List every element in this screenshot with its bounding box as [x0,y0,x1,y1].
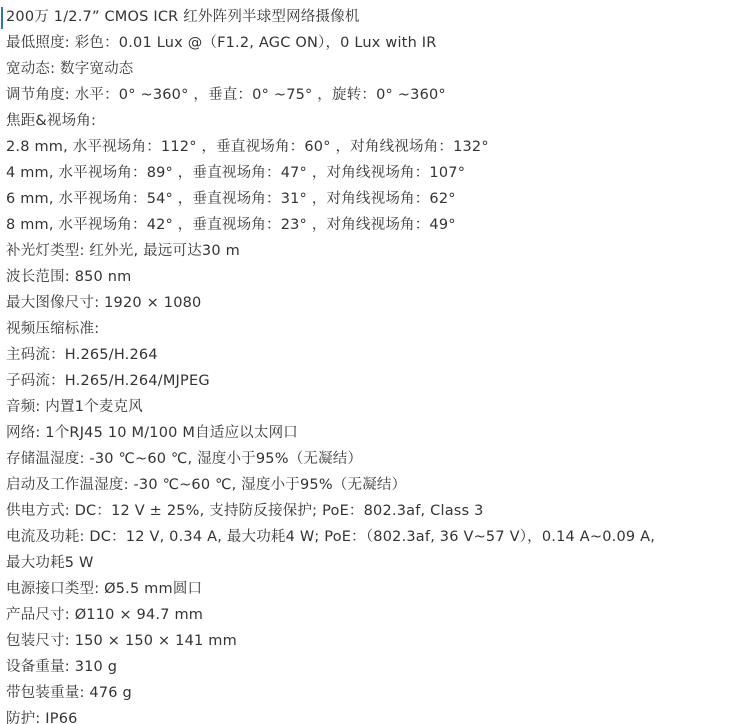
spec-adjust-angle: 调节角度: 水平：0° ~360° ，垂直：0° ~75° ，旋转：0° ~36… [6,82,750,108]
spec-fov-2-8mm: 2.8 mm, 水平视场角：112° ，垂直视场角：60° ，对角线视场角：13… [6,134,750,160]
spec-power-connector: 电源接口类型: Ø5.5 mm圆口 [6,576,750,602]
spec-package-size: 包装尺寸: 150 × 150 × 141 mm [6,628,750,654]
spec-power-consumption-cont: 最大功耗5 W [6,550,750,576]
spec-sub-stream: 子码流：H.265/H.264/MJPEG [6,368,750,394]
spec-min-illumination: 最低照度: 彩色：0.01 Lux @（F1.2, AGC ON），0 Lux … [6,30,750,56]
spec-fov-6mm: 6 mm, 水平视场角：54° ，垂直视场角：31° ，对角线视场角：62° [6,186,750,212]
spec-device-weight: 设备重量: 310 g [6,654,750,680]
spec-operating-temp: 启动及工作温湿度: -30 ℃~60 ℃, 湿度小于95%（无凝结） [6,472,750,498]
spec-main-stream: 主码流：H.265/H.264 [6,342,750,368]
spec-fov-4mm: 4 mm, 水平视场角：89° ，垂直视场角：47° ，对角线视场角：107° [6,160,750,186]
spec-power-supply: 供电方式: DC：12 V ± 25%, 支持防反接保护; PoE：802.3a… [6,498,750,524]
spec-wavelength: 波长范围: 850 nm [6,264,750,290]
spec-network: 网络: 1个RJ45 10 M/100 M自适应以太网口 [6,420,750,446]
spec-ir-type: 补光灯类型: 红外光, 最远可达30 m [6,238,750,264]
spec-wdr: 宽动态: 数字宽动态 [6,56,750,82]
spec-protection: 防护: IP66 [6,706,750,724]
spec-audio: 音频: 内置1个麦克风 [6,394,750,420]
spec-focal-fov-heading: 焦距&视场角: [6,108,750,134]
spec-power-consumption: 电流及功耗: DC：12 V, 0.34 A, 最大功耗4 W; PoE：（80… [6,524,750,550]
spec-max-resolution: 最大图像尺寸: 1920 × 1080 [6,290,750,316]
spec-package-weight: 带包装重量: 476 g [6,680,750,706]
spec-product-size: 产品尺寸: Ø110 × 94.7 mm [6,602,750,628]
spec-fov-8mm: 8 mm, 水平视场角：42° ，垂直视场角：23° ，对角线视场角：49° [6,212,750,238]
doc-title: 200万 1/2.7” CMOS ICR 红外阵列半球型网络摄像机 [6,4,750,30]
text-cursor [1,7,3,29]
spec-storage-temp: 存储温湿度: -30 ℃~60 ℃, 湿度小于95%（无凝结） [6,446,750,472]
spec-document: 200万 1/2.7” CMOS ICR 红外阵列半球型网络摄像机 最低照度: … [6,4,750,724]
spec-compression-heading: 视频压缩标准: [6,316,750,342]
